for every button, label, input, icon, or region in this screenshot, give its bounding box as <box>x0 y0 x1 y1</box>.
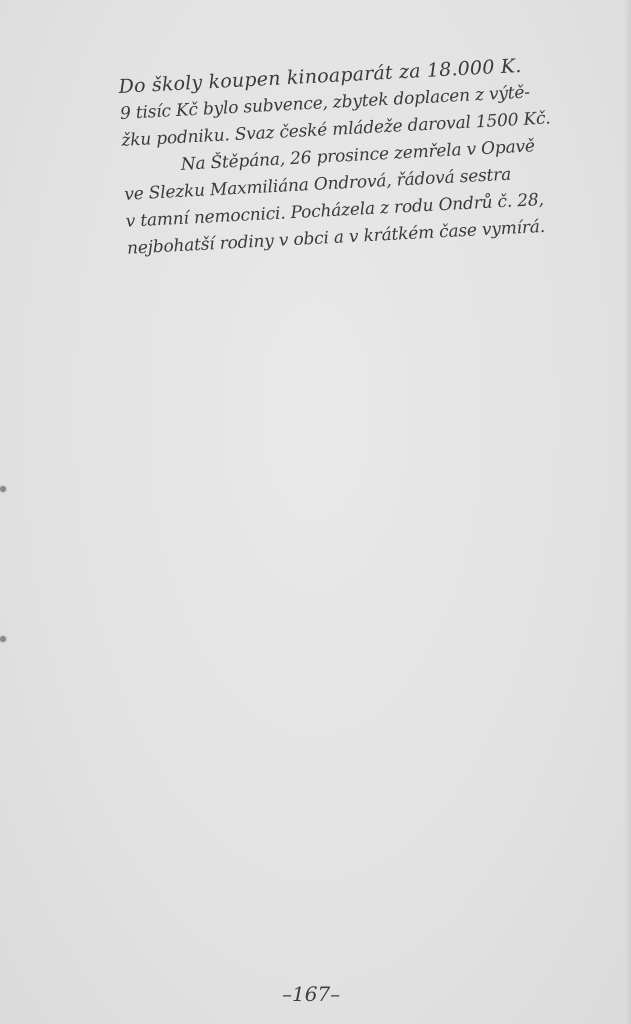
binding-hole-bottom <box>0 636 6 642</box>
handwritten-entry: Do školy koupen kinoaparát za 18.000 K. … <box>118 49 607 263</box>
page-number: –167– <box>282 982 340 1006</box>
scanned-page: Do školy koupen kinoaparát za 18.000 K. … <box>0 0 631 1024</box>
binding-hole-top <box>0 486 6 492</box>
page-edge <box>625 0 631 1024</box>
